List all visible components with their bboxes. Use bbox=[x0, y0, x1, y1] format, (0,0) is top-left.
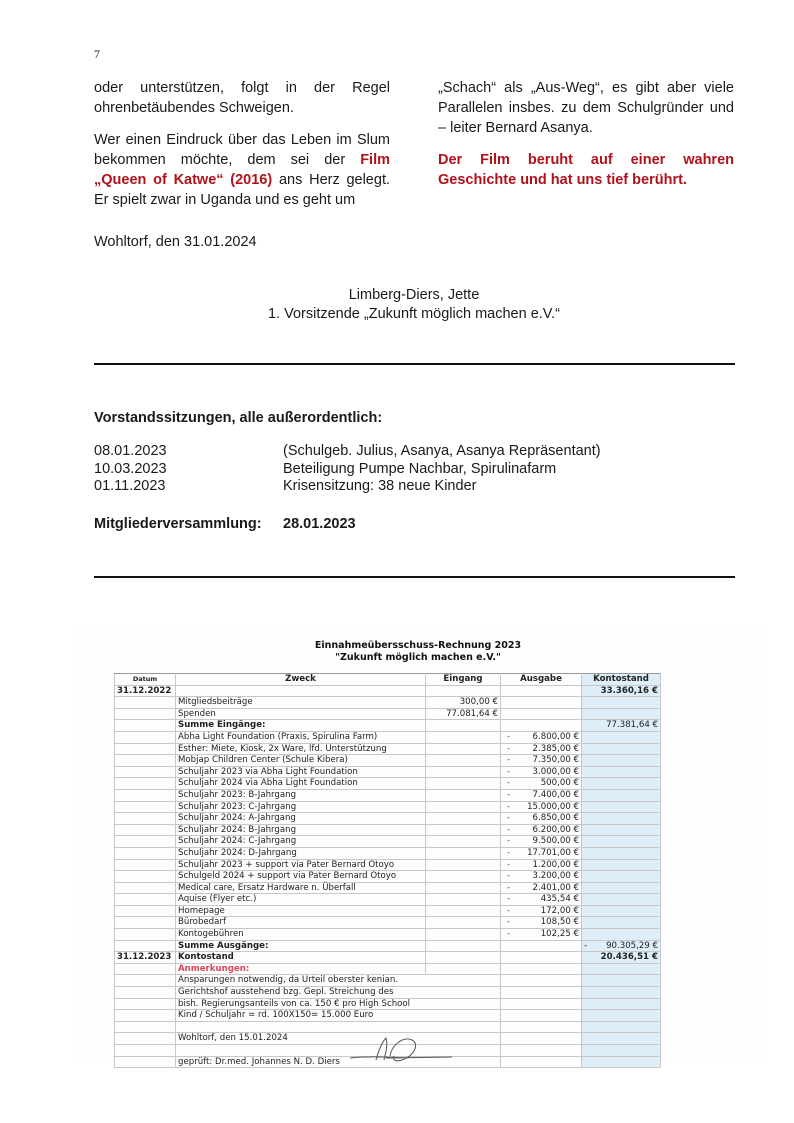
expense-purpose: Mobjap Children Center (Schule Kibera) bbox=[176, 755, 426, 767]
expense-amount: 15.000,00 € bbox=[527, 802, 579, 813]
expense-purpose: Schuljahr 2024: D-Jahrgang bbox=[176, 847, 426, 859]
expense-row: Esther: Miete, Kiosk, 2x Ware, lfd. Unte… bbox=[115, 743, 661, 755]
note-row: Gerichtshof ausstehend bzg. Gepl. Streic… bbox=[115, 987, 661, 999]
minus-sign: - bbox=[503, 929, 510, 940]
expense-purpose: Homepage bbox=[176, 905, 426, 917]
general-meeting-date: 28.01.2023 bbox=[283, 516, 356, 532]
minus-sign: - bbox=[503, 917, 510, 928]
income-row: Mitgliedsbeiträge300,00 € bbox=[115, 697, 661, 709]
note-line: Kind / Schuljahr = rd. 100X150= 15.000 E… bbox=[176, 1010, 501, 1022]
expense-row: Schuljahr 2024 via Abha Light Foundation… bbox=[115, 778, 661, 790]
closing-date: 31.12.2023 bbox=[115, 952, 176, 964]
minus-sign: - bbox=[503, 813, 510, 824]
expense-amount: 6.850,00 € bbox=[533, 813, 579, 824]
closing-balance: 20.436,51 € bbox=[582, 952, 661, 964]
meeting-row: 01.11.2023Krisensitzung: 38 neue Kinder bbox=[94, 478, 601, 496]
expense-purpose: Medical care, Ersatz Hardware n. Überfal… bbox=[176, 882, 426, 894]
minus-sign: - bbox=[503, 883, 510, 894]
general-meeting: Mitgliederversammlung: 28.01.2023 bbox=[94, 516, 356, 532]
expense-purpose: Abha Light Foundation (Praxis, Spirulina… bbox=[176, 731, 426, 743]
expense-amount: 17.701,00 € bbox=[527, 848, 579, 859]
left-text-column: oder unterstützen, folgt in der Regel oh… bbox=[94, 78, 390, 222]
expense-row: Schulgeld 2024 + support via Pater Berna… bbox=[115, 871, 661, 883]
divider bbox=[94, 363, 735, 365]
minus-sign: - bbox=[503, 836, 510, 847]
minus-sign: - bbox=[503, 848, 510, 859]
handwritten-signature-icon bbox=[346, 1034, 456, 1064]
income-purpose: Mitgliedsbeiträge bbox=[176, 697, 426, 709]
expense-amount: 3.000,00 € bbox=[533, 767, 579, 778]
place-date: Wohltorf, den 31.01.2024 bbox=[94, 234, 257, 250]
page-number: 7 bbox=[94, 47, 100, 62]
meeting-date: 08.01.2023 bbox=[94, 443, 283, 461]
note-line bbox=[176, 1021, 501, 1033]
finance-title-line2: "Zukunft möglich machen e.V." bbox=[74, 652, 762, 664]
right-text-column: „Schach“ als „Aus-Weg“, es gibt aber vie… bbox=[438, 78, 734, 202]
income-total-row: Summe Eingänge:77.381,64 € bbox=[115, 720, 661, 732]
expense-purpose: Schuljahr 2024 via Abha Light Foundation bbox=[176, 778, 426, 790]
expense-row: Homepage-172,00 € bbox=[115, 905, 661, 917]
income-row: Spenden77.081,64 € bbox=[115, 708, 661, 720]
minus-sign: - bbox=[503, 778, 510, 789]
meeting-date: 10.03.2023 bbox=[94, 461, 283, 479]
expense-amount: 3.200,00 € bbox=[533, 871, 579, 882]
note-row: Ansparungen notwendig, da Urteil oberste… bbox=[115, 975, 661, 987]
expense-amount: 6.800,00 € bbox=[533, 732, 579, 743]
expense-amount: 1.200,00 € bbox=[533, 860, 579, 871]
minus-sign: - bbox=[503, 871, 510, 882]
finance-table: Datum Zweck Eingang Ausgabe Kontostand 3… bbox=[114, 673, 661, 1068]
expense-row: Schuljahr 2024: C-Jahrgang-9.500,00 € bbox=[115, 836, 661, 848]
note-row: bish. Regierungsanteils von ca. 150 € pr… bbox=[115, 998, 661, 1010]
meeting-row: 10.03.2023Beteiligung Pumpe Nachbar, Spi… bbox=[94, 461, 601, 479]
divider bbox=[94, 576, 735, 578]
expense-row: Schuljahr 2023: B-Jahrgang-7.400,00 € bbox=[115, 789, 661, 801]
minus-sign: - bbox=[503, 825, 510, 836]
minus-sign: - bbox=[503, 790, 510, 801]
expense-purpose: Bürobedarf bbox=[176, 917, 426, 929]
minus-sign: - bbox=[503, 755, 510, 766]
expense-row: Kontogebühren-102,25 € bbox=[115, 929, 661, 941]
signature-block: Limberg-Diers, Jette 1. Vorsitzende „Zuk… bbox=[94, 286, 734, 324]
expense-amount: 435,54 € bbox=[541, 894, 579, 905]
paragraph-text: Wer einen Eindruck über das Leben im Slu… bbox=[94, 132, 390, 168]
note-line: bish. Regierungsanteils von ca. 150 € pr… bbox=[176, 998, 501, 1010]
highlight-paragraph: Der Film beruht auf einer wahren Geschic… bbox=[438, 150, 734, 190]
finance-sheet-title: Einnahmeübersschuss-Rechnung 2023 "Zukun… bbox=[74, 640, 762, 664]
expense-amount: 6.200,00 € bbox=[533, 825, 579, 836]
minus-sign: - bbox=[503, 906, 510, 917]
general-meeting-label: Mitgliederversammlung: bbox=[94, 516, 283, 532]
expense-amount: 102,25 € bbox=[541, 929, 579, 940]
signatory-name: Limberg-Diers, Jette bbox=[94, 286, 734, 305]
expense-total-amount: 90.305,29 € bbox=[606, 941, 658, 952]
closing-row: 31.12.2023Kontostand20.436,51 € bbox=[115, 952, 661, 964]
minus-sign: - bbox=[503, 894, 510, 905]
finance-sheet-scan: Einnahmeübersschuss-Rechnung 2023 "Zukun… bbox=[74, 626, 762, 1062]
minus-sign: - bbox=[503, 767, 510, 778]
minus-sign: - bbox=[584, 941, 587, 952]
expense-row: Mobjap Children Center (Schule Kibera)-7… bbox=[115, 755, 661, 767]
expense-purpose: Schuljahr 2023: C-Jahrgang bbox=[176, 801, 426, 813]
header-income: Eingang bbox=[426, 674, 501, 686]
board-meetings-list: 08.01.2023(Schulgeb. Julius, Asanya, Asa… bbox=[94, 443, 601, 496]
expense-total-label: Summe Ausgänge: bbox=[176, 940, 426, 952]
opening-balance: 33.360,16 € bbox=[582, 685, 661, 697]
expense-purpose: Schuljahr 2023: B-Jahrgang bbox=[176, 789, 426, 801]
income-total-amount: 77.381,64 € bbox=[582, 720, 661, 732]
expense-purpose: Esther: Miete, Kiosk, 2x Ware, lfd. Unte… bbox=[176, 743, 426, 755]
expense-amount: 7.350,00 € bbox=[533, 755, 579, 766]
signatory-role: 1. Vorsitzende „Zukunft möglich machen e… bbox=[94, 305, 734, 324]
expense-amount: 108,50 € bbox=[541, 917, 579, 928]
opening-date: 31.12.2022 bbox=[115, 685, 176, 697]
expense-row: Schuljahr 2023 + support via Pater Berna… bbox=[115, 859, 661, 871]
expense-row: Aquise (Flyer etc.)-435,54 € bbox=[115, 894, 661, 906]
note-row: Kind / Schuljahr = rd. 100X150= 15.000 E… bbox=[115, 1010, 661, 1022]
expense-row: Schuljahr 2023: C-Jahrgang-15.000,00 € bbox=[115, 801, 661, 813]
expense-total-row: Summe Ausgänge:-90.305,29 € bbox=[115, 940, 661, 952]
note-line: Gerichtshof ausstehend bzg. Gepl. Streic… bbox=[176, 987, 501, 999]
minus-sign: - bbox=[503, 732, 510, 743]
expense-purpose: Aquise (Flyer etc.) bbox=[176, 894, 426, 906]
expense-amount: 500,00 € bbox=[541, 778, 579, 789]
film-recommendation-paragraph: Wer einen Eindruck über das Leben im Slu… bbox=[94, 130, 390, 210]
finance-title-line1: Einnahmeübersschuss-Rechnung 2023 bbox=[74, 640, 762, 652]
expense-purpose: Schuljahr 2024: C-Jahrgang bbox=[176, 836, 426, 848]
expense-amount: 2.401,00 € bbox=[533, 883, 579, 894]
header-balance: Kontostand bbox=[582, 674, 661, 686]
expense-purpose: Schuljahr 2024: A-Jahrgang bbox=[176, 813, 426, 825]
expense-row: Schuljahr 2024: D-Jahrgang-17.701,00 € bbox=[115, 847, 661, 859]
opening-row: 31.12.202233.360,16 € bbox=[115, 685, 661, 697]
expense-row: Schuljahr 2024: A-Jahrgang-6.850,00 € bbox=[115, 813, 661, 825]
header-date: Datum bbox=[115, 674, 176, 686]
closing-label: Kontostand bbox=[176, 952, 426, 964]
paragraph: „Schach“ als „Aus-Weg“, es gibt aber vie… bbox=[438, 78, 734, 138]
minus-sign: - bbox=[503, 744, 510, 755]
board-meetings-title: Vorstandssitzungen, alle außerordentlich… bbox=[94, 410, 382, 426]
paragraph: oder unterstützen, folgt in der Regel oh… bbox=[94, 78, 390, 118]
notes-title: Anmerkungen: bbox=[176, 963, 426, 975]
header-purpose: Zweck bbox=[176, 674, 426, 686]
expense-purpose: Schuljahr 2024: B-Jahrgang bbox=[176, 824, 426, 836]
expense-row: Abha Light Foundation (Praxis, Spirulina… bbox=[115, 731, 661, 743]
expense-purpose: Schulgeld 2024 + support via Pater Berna… bbox=[176, 871, 426, 883]
notes-title-row: Anmerkungen: bbox=[115, 963, 661, 975]
expense-amount: 2.385,00 € bbox=[533, 744, 579, 755]
expense-amount: 7.400,00 € bbox=[533, 790, 579, 801]
income-amount: 77.081,64 € bbox=[426, 708, 501, 720]
meeting-topic: Krisensitzung: 38 neue Kinder bbox=[283, 478, 476, 496]
income-total-label: Summe Eingänge: bbox=[176, 720, 426, 732]
meeting-topic: (Schulgeb. Julius, Asanya, Asanya Repräs… bbox=[283, 443, 601, 461]
minus-sign: - bbox=[503, 802, 510, 813]
expense-purpose: Schuljahr 2023 + support via Pater Berna… bbox=[176, 859, 426, 871]
meeting-row: 08.01.2023(Schulgeb. Julius, Asanya, Asa… bbox=[94, 443, 601, 461]
meeting-date: 01.11.2023 bbox=[94, 478, 283, 496]
note-row bbox=[115, 1021, 661, 1033]
header-expense: Ausgabe bbox=[501, 674, 582, 686]
finance-header-row: Datum Zweck Eingang Ausgabe Kontostand bbox=[115, 674, 661, 686]
meeting-topic: Beteiligung Pumpe Nachbar, Spirulinafarm bbox=[283, 461, 556, 479]
expense-row: Schuljahr 2023 via Abha Light Foundation… bbox=[115, 766, 661, 778]
expense-row: Medical care, Ersatz Hardware n. Überfal… bbox=[115, 882, 661, 894]
expense-row: Bürobedarf-108,50 € bbox=[115, 917, 661, 929]
expense-purpose: Kontogebühren bbox=[176, 929, 426, 941]
expense-purpose: Schuljahr 2023 via Abha Light Foundation bbox=[176, 766, 426, 778]
expense-amount: 9.500,00 € bbox=[533, 836, 579, 847]
income-amount: 300,00 € bbox=[426, 697, 501, 709]
expense-amount: 172,00 € bbox=[541, 906, 579, 917]
minus-sign: - bbox=[503, 860, 510, 871]
income-purpose: Spenden bbox=[176, 708, 426, 720]
note-line: Ansparungen notwendig, da Urteil oberste… bbox=[176, 975, 501, 987]
expense-row: Schuljahr 2024: B-Jahrgang-6.200,00 € bbox=[115, 824, 661, 836]
